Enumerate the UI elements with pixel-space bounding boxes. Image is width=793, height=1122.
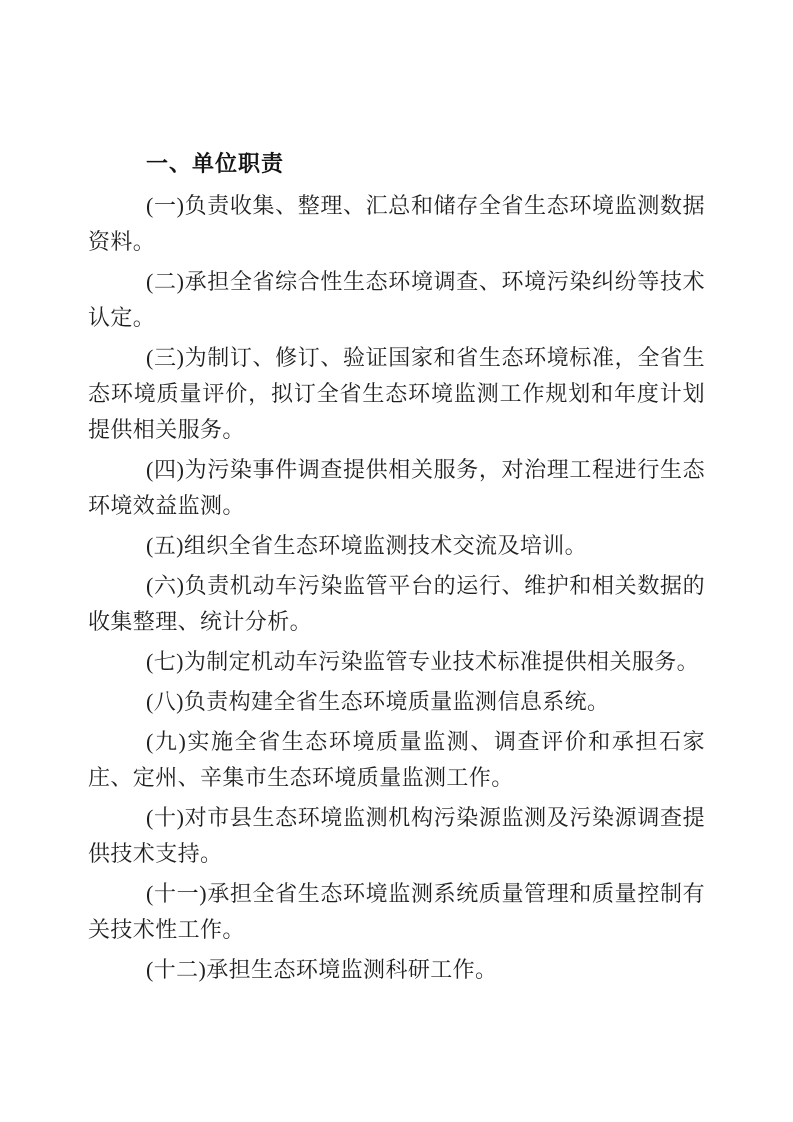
clause-2: (二)承担全省综合性生态环境调查、环境污染纠纷等技术认定。 <box>88 264 705 336</box>
clause-5: (五)组织全省生态环境监测技术交流及培训。 <box>88 528 705 564</box>
clause-7: (七)为制定机动车污染监管专业技术标准提供相关服务。 <box>88 644 705 680</box>
section-heading: 一、单位职责 <box>88 146 705 182</box>
clause-12: (十二)承担生态环境监测科研工作。 <box>88 952 705 988</box>
clause-11: (十一)承担全省生态环境监测系统质量管理和质量控制有关技术性工作。 <box>88 876 705 948</box>
clause-6: (六)负责机动车污染监管平台的运行、维护和相关数据的收集整理、统计分析。 <box>88 568 705 640</box>
document-page: 一、单位职责 (一)负责收集、整理、汇总和储存全省生态环境监测数据资料。 (二)… <box>0 0 793 1122</box>
clause-4: (四)为污染事件调查提供相关服务，对治理工程进行生态环境效益监测。 <box>88 452 705 524</box>
clause-1: (一)负责收集、整理、汇总和储存全省生态环境监测数据资料。 <box>88 188 705 260</box>
clause-8: (八)负责构建全省生态环境质量监测信息系统。 <box>88 684 705 720</box>
clause-3: (三)为制订、修订、验证国家和省生态环境标准，全省生态环境质量评价，拟订全省生态… <box>88 340 705 448</box>
clause-10: (十)对市县生态环境监测机构污染源监测及污染源调查提供技术支持。 <box>88 800 705 872</box>
clause-9: (九)实施全省生态环境质量监测、调查评价和承担石家庄、定州、辛集市生态环境质量监… <box>88 724 705 796</box>
